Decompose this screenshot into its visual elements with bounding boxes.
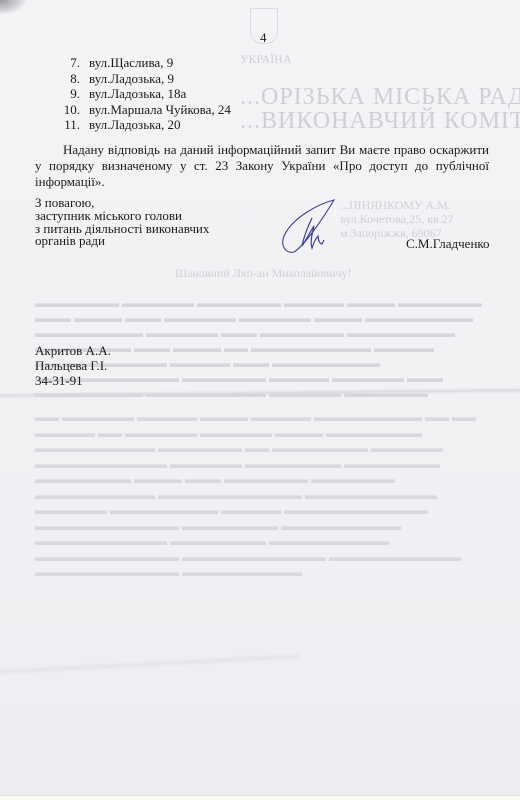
list-item: 11. вул.Ладозька, 20 — [40, 117, 231, 133]
executor-contacts: Акритов А.А. Пальцева Г.І. 34-31-91 — [35, 343, 111, 388]
signer-position-line: органів ради — [35, 235, 209, 248]
bleed-salutation: Шановний Ляп-ан Миколайовичу! — [175, 266, 352, 281]
list-item-address: вул.Щаслива, 9 — [80, 55, 173, 71]
bleed-list-text: ▬▬ ▬▬▬▬▬▬ ▬▬▬▬▬ ▬▬▬▬ ▬▬▬▬▬ ▬▬▬▬▬▬▬▬▬ ▬▬ … — [35, 410, 495, 740]
executor-name: Акритов А.А. — [35, 343, 111, 358]
list-item: 10. вул.Маршала Чуйкова, 24 — [40, 102, 231, 118]
list-item-number: 10. — [40, 102, 80, 118]
page-corner-fold — [0, 0, 26, 14]
closing-block: З повагою, заступник міського голови з п… — [35, 197, 209, 248]
bleed-council: ...ОРІЗЬКА МІСЬКА РАДА — [240, 84, 520, 111]
list-item: 9. вул.Ладозька, 18а — [40, 86, 231, 102]
scanned-document-page: УКРАЇНА ...ОРІЗЬКА МІСЬКА РАДА ...ВИКОНА… — [0, 0, 520, 800]
list-item: 7. вул.Щаслива, 9 — [40, 55, 231, 71]
appeal-rights-paragraph: Надану відповідь на даний інформаційний … — [35, 142, 489, 190]
address-list: 7. вул.Щаслива, 9 8. вул.Ладозька, 9 9. … — [40, 55, 231, 133]
list-item: 8. вул.Ладозька, 9 — [40, 71, 231, 87]
executor-phone: 34-31-91 — [35, 373, 111, 388]
list-item-address: вул.Ладозька, 20 — [80, 117, 181, 133]
page-bottom-edge — [0, 795, 520, 800]
bleed-recipient-1: ...ПІНЯНКОМУ А.М. — [340, 198, 451, 213]
list-item-number: 7. — [40, 55, 80, 71]
bleed-committee: ...ВИКОНАВЧИЙ КОМІТЕТ — [240, 108, 520, 135]
list-item-address: вул.Маршала Чуйкова, 24 — [80, 102, 231, 118]
bleed-recipient-2: вул.Кочетова,25, кв.27 — [340, 212, 454, 227]
list-item-number: 9. — [40, 86, 80, 102]
executor-name: Пальцева Г.І. — [35, 358, 111, 373]
signer-name: С.М.Гладченко — [406, 236, 490, 252]
handwritten-signature-icon — [278, 196, 340, 256]
list-item-address: вул.Ладозька, 9 — [80, 71, 174, 87]
list-item-address: вул.Ладозька, 18а — [80, 86, 186, 102]
list-item-number: 11. — [40, 117, 80, 133]
page-number: 4 — [260, 30, 267, 46]
list-item-number: 8. — [40, 71, 80, 87]
bleed-country: УКРАЇНА — [240, 52, 292, 67]
